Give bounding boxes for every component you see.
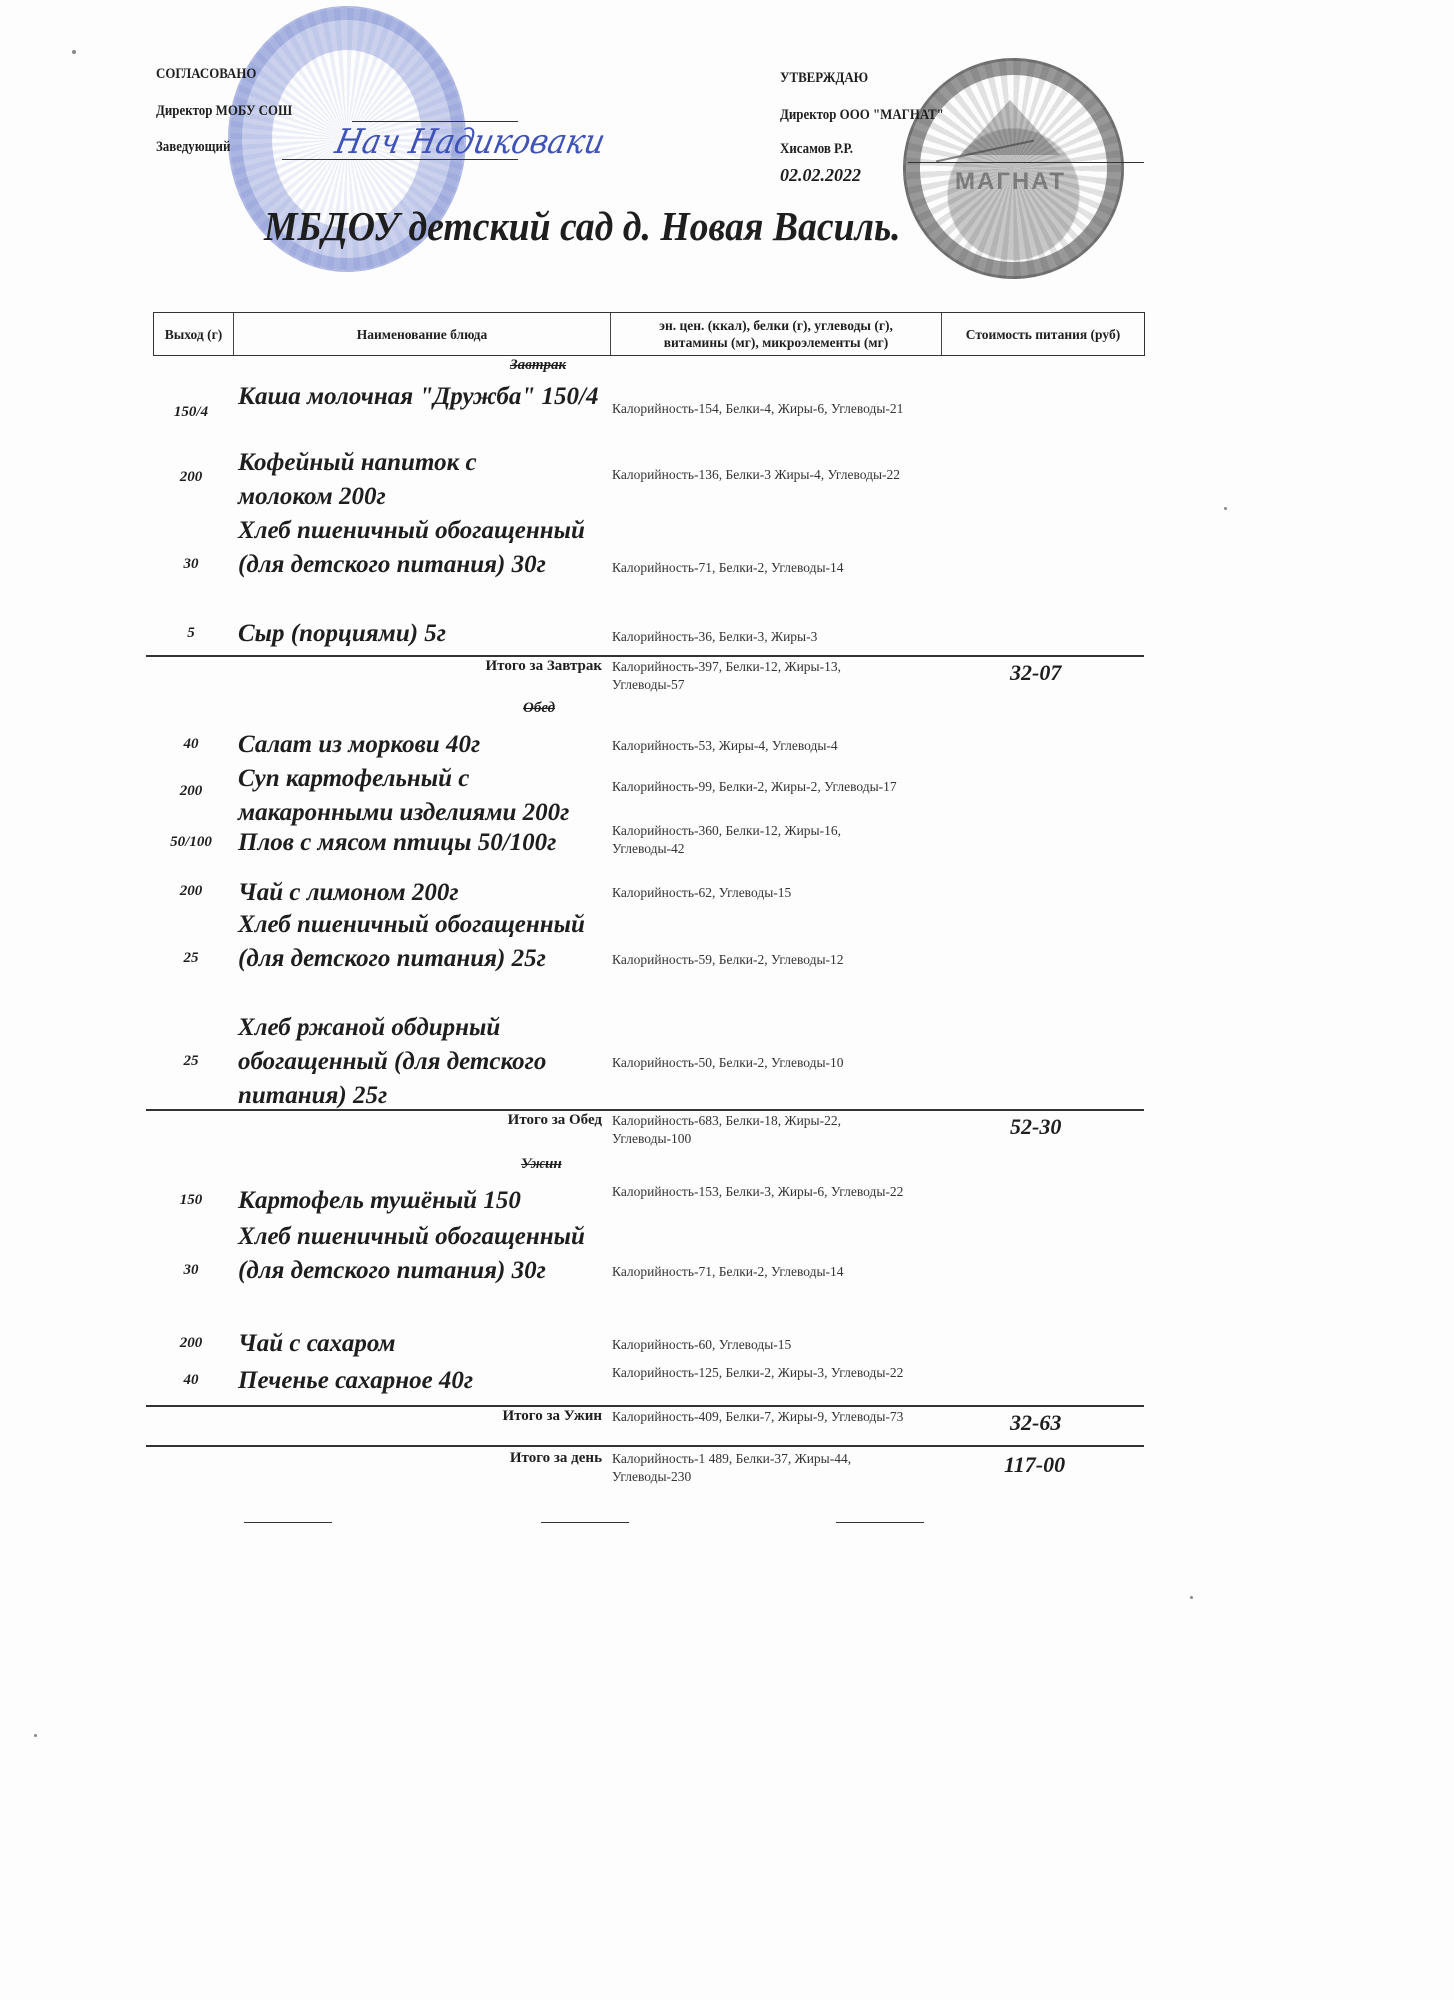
item-nutrition: Калорийность-125, Белки-2, Жиры-3, Углев… (612, 1364, 912, 1382)
column-header-nutrition: эн. цен. (ккал), белки (г), углеводы (г)… (611, 313, 942, 355)
total-nutrition: Калорийность-683, Белки-18, Жиры-22, Угл… (612, 1112, 912, 1148)
section-divider (146, 1445, 1144, 1447)
table-header: Выход (г) Наименование блюда эн. цен. (к… (153, 312, 1145, 356)
item-nutrition: Калорийность-62, Углеводы-15 (612, 884, 912, 902)
approval-right-position: Директор ООО "МАГНАТ" (780, 107, 944, 124)
item-dish: Картофель тушёный 150 (238, 1184, 618, 1218)
item-nutrition: Калорийность-153, Белки-3, Жиры-6, Углев… (612, 1183, 912, 1201)
signature-line (908, 162, 1144, 163)
item-output: 150 (148, 1192, 234, 1209)
scan-speck (1190, 1596, 1193, 1599)
item-nutrition: Калорийность-99, Белки-2, Жиры-2, Углево… (612, 778, 912, 796)
item-dish: Печенье сахарное 40г (238, 1364, 618, 1398)
item-dish: Каша молочная "Дружба" 150/4 (238, 380, 618, 414)
day-total-nutrition: Калорийность-1 489, Белки-37, Жиры-44, У… (612, 1450, 912, 1486)
scan-speck (1224, 507, 1227, 510)
column-header-dish: Наименование блюда (234, 313, 611, 355)
item-dish: Хлеб пшеничный обогащенный (для детского… (238, 1220, 598, 1288)
approval-right-heading: УТВЕРЖДАЮ (780, 70, 868, 87)
item-output: 200 (148, 1335, 234, 1352)
item-dish: Кофейный напиток с молоком 200г (238, 446, 538, 514)
item-dish: Хлеб пшеничный обогащенный (для детского… (238, 514, 598, 582)
item-dish: Суп картофельный с макаронными изделиями… (238, 762, 628, 830)
item-output: 200 (148, 469, 234, 486)
total-cost: 32-63 (1010, 1410, 1061, 1436)
approval-left-heading: СОГЛАСОВАНО (156, 66, 256, 83)
total-label: Итого за Ужин (352, 1408, 602, 1425)
mountain-emblem-icon (960, 100, 1060, 155)
item-nutrition: Калорийность-136, Белки-3 Жиры-4, Углево… (612, 466, 912, 484)
total-nutrition: Калорийность-397, Белки-12, Жиры-13, Угл… (612, 658, 912, 694)
handwritten-signature: Нач Надиковаки (332, 122, 609, 162)
bottom-signature-line (244, 1522, 332, 1523)
page-title: МБДОУ детский сад д. Новая Василь. (264, 202, 901, 250)
item-dish: Салат из моркови 40г (238, 728, 618, 762)
item-nutrition: Калорийность-59, Белки-2, Углеводы-12 (612, 951, 912, 969)
bottom-signature-line (836, 1522, 924, 1523)
section-divider (146, 1405, 1144, 1407)
item-dish: Сыр (порциями) 5г (238, 617, 618, 651)
approval-right-name: Хисамов Р.Р. (780, 141, 853, 158)
total-label: Итого за Завтрак (352, 658, 602, 675)
total-label: Итого за Обед (352, 1112, 602, 1129)
stamp-company-name: МАГНАТ (955, 168, 1066, 196)
item-output: 5 (148, 625, 234, 642)
day-total-cost: 117-00 (1004, 1452, 1065, 1478)
item-output: 40 (148, 736, 234, 753)
item-output: 30 (148, 1262, 234, 1279)
item-output: 40 (148, 1372, 234, 1389)
section-title-breakfast: Завтрак (510, 357, 566, 374)
item-output: 30 (148, 556, 234, 573)
item-nutrition: Калорийность-71, Белки-2, Углеводы-14 (612, 559, 912, 577)
item-nutrition: Калорийность-360, Белки-12, Жиры-16, Угл… (612, 822, 912, 858)
total-cost: 52-30 (1010, 1114, 1061, 1140)
total-cost: 32-07 (1010, 660, 1061, 686)
item-nutrition: Калорийность-71, Белки-2, Углеводы-14 (612, 1263, 912, 1281)
item-output: 150/4 (148, 404, 234, 421)
item-nutrition: Калорийность-53, Жиры-4, Углеводы-4 (612, 737, 912, 755)
item-dish: Плов с мясом птицы 50/100г (238, 826, 618, 860)
approval-left-position: Директор МОБУ СОШ (156, 103, 292, 120)
item-dish: Хлеб пшеничный обогащенный (для детского… (238, 908, 598, 976)
item-dish: Чай с сахаром (238, 1327, 618, 1361)
section-title-lunch: Обед (523, 700, 555, 717)
item-nutrition: Калорийность-36, Белки-3, Жиры-3 (612, 628, 912, 646)
item-output: 200 (148, 783, 234, 800)
item-output: 200 (148, 883, 234, 900)
section-divider (146, 1109, 1144, 1111)
column-header-output: Выход (г) (154, 313, 234, 355)
item-output: 25 (148, 1053, 234, 1070)
section-divider (146, 655, 1144, 657)
item-nutrition: Калорийность-50, Белки-2, Углеводы-10 (612, 1054, 912, 1072)
scan-speck (72, 50, 76, 54)
item-output: 25 (148, 950, 234, 967)
column-header-cost: Стоимость питания (руб) (942, 313, 1144, 355)
total-nutrition: Калорийность-409, Белки-7, Жиры-9, Углев… (612, 1408, 912, 1426)
scan-speck (34, 1734, 37, 1737)
bottom-signature-line (541, 1522, 629, 1523)
item-output: 50/100 (148, 834, 234, 851)
approval-left-role: Заведующий (156, 139, 230, 156)
item-nutrition: Калорийность-60, Углеводы-15 (612, 1336, 912, 1354)
item-dish: Хлеб ржаной обдирный обогащенный (для де… (238, 1011, 598, 1113)
section-title-dinner: Ужин (521, 1156, 562, 1173)
item-dish: Чай с лимоном 200г (238, 876, 618, 910)
day-total-label: Итого за день (352, 1450, 602, 1467)
item-nutrition: Калорийность-154, Белки-4, Жиры-6, Углев… (612, 400, 912, 418)
approval-date: 02.02.2022 (780, 165, 861, 186)
